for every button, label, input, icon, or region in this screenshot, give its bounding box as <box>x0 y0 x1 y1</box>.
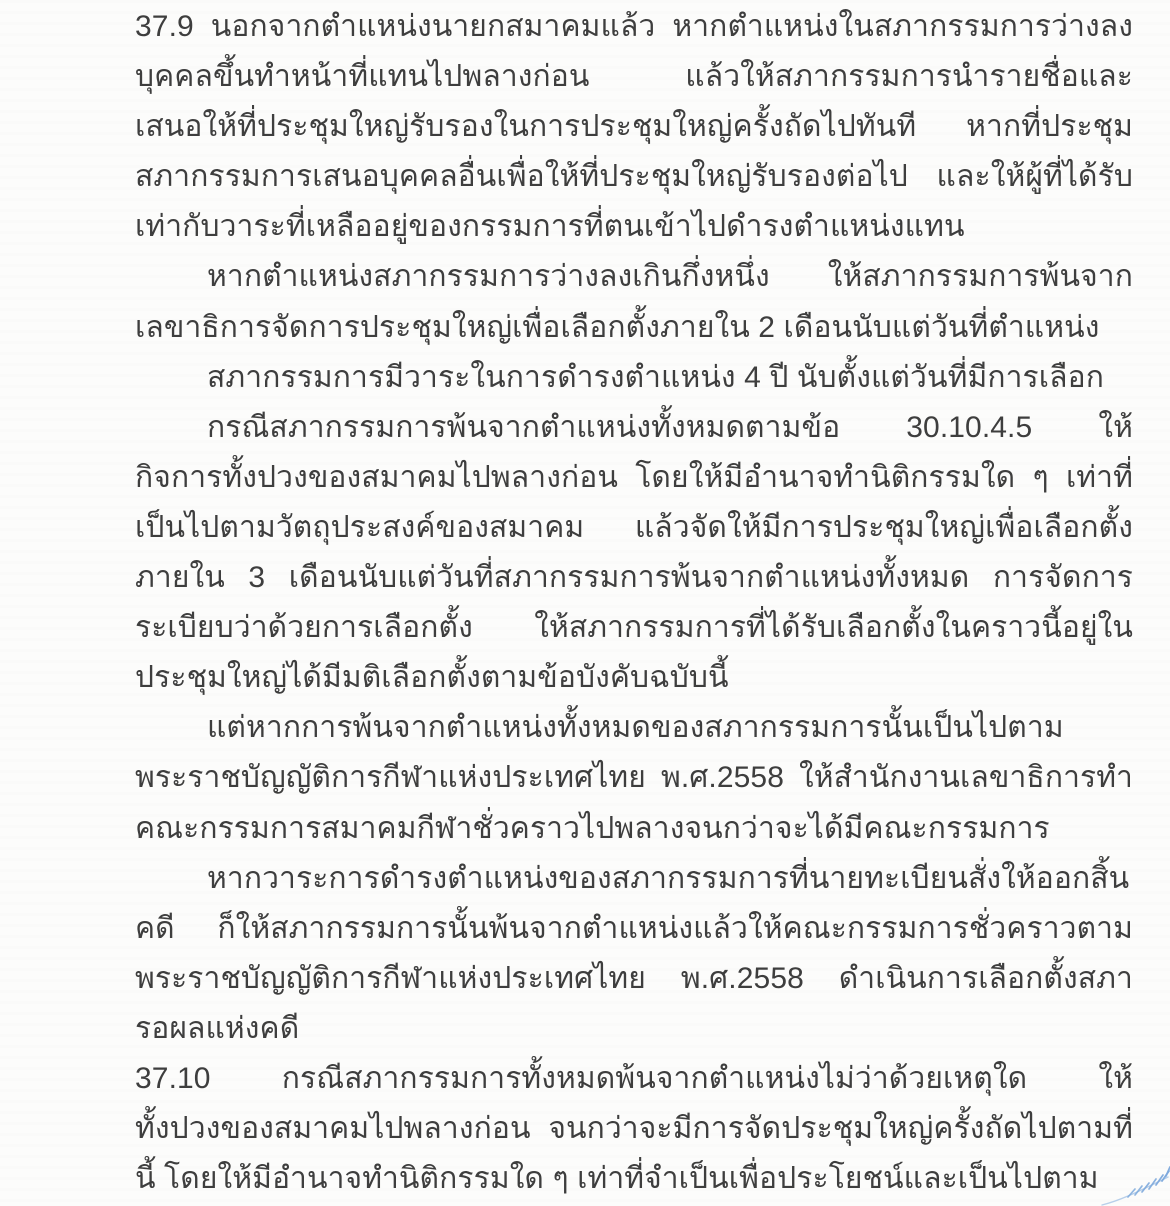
text-line: คดี ก็ให้สภากรรมการนั้นพ้นจากตำแหน่งแล้ว… <box>135 904 1133 954</box>
text-line: ระเบียบว่าด้วยการเลือกตั้ง ให้สภากรรมการ… <box>135 603 1133 653</box>
text-line: เลขาธิการจัดการประชุมใหญ่เพื่อเลือกตั้งภ… <box>135 303 1133 353</box>
text-line: รอผลแห่งคดี <box>135 1004 1133 1054</box>
text-line: หากตำแหน่งสภากรรมการว่างลงเกินกึ่งหนึ่ง … <box>135 252 1133 302</box>
text-line: สภากรรมการมีวาระในการดำรงตำแหน่ง 4 ปี นั… <box>135 353 1133 403</box>
text-line: สภากรรมการเสนอบุคคลอื่นเพื่อให้ที่ประชุม… <box>135 152 1133 202</box>
text-line: พระราชบัญญัติการกีฬาแห่งประเทศไทย พ.ศ.25… <box>135 954 1133 1004</box>
document-text-body: 37.9 นอกจากตำแหน่งนายกสมาคมแล้ว หากตำแหน… <box>135 2 1133 1204</box>
text-line: หากวาระการดำรงตำแหน่งของสภากรรมการที่นาย… <box>135 854 1133 904</box>
text-line: 37.10 กรณีสภากรรมการทั้งหมดพ้นจากตำแหน่ง… <box>135 1054 1133 1104</box>
text-line: คณะกรรมการสมาคมกีฬาชั่วคราวไปพลางจนกว่าจ… <box>135 804 1133 854</box>
text-line: เสนอให้ที่ประชุมใหญ่รับรองในการประชุมใหญ… <box>135 102 1133 152</box>
text-line: บุคคลขึ้นทำหน้าที่แทนไปพลางก่อน แล้วให้ส… <box>135 52 1133 102</box>
text-line: เท่ากับวาระที่เหลืออยู่ของกรรมการที่ตนเข… <box>135 202 1133 252</box>
text-line: แต่หากการพ้นจากตำแหน่งทั้งหมดของสภากรรมก… <box>135 703 1133 753</box>
text-line: กิจการทั้งปวงของสมาคมไปพลางก่อน โดยให้มี… <box>135 453 1133 503</box>
text-line: ประชุมใหญ่ได้มีมติเลือกตั้งตามข้อบังคับฉ… <box>135 653 1133 703</box>
text-line: ภายใน 3 เดือนนับแต่วันที่สภากรรมการพ้นจา… <box>135 553 1133 603</box>
text-line: พระราชบัญญัติการกีฬาแห่งประเทศไทย พ.ศ.25… <box>135 753 1133 803</box>
text-line: กรณีสภากรรมการพ้นจากตำแหน่งทั้งหมดตามข้อ… <box>135 403 1133 453</box>
text-line: ทั้งปวงของสมาคมไปพลางก่อน จนกว่าจะมีการจ… <box>135 1104 1133 1154</box>
text-line: เป็นไปตามวัตถุประสงค์ของสมาคม แล้วจัดให้… <box>135 503 1133 553</box>
text-line: 37.9 นอกจากตำแหน่งนายกสมาคมแล้ว หากตำแหน… <box>135 2 1133 52</box>
text-line: นี้ โดยให้มีอำนาจทำนิติกรรมใด ๆ เท่าที่จ… <box>135 1154 1133 1204</box>
document-page: 37.9 นอกจากตำแหน่งนายกสมาคมแล้ว หากตำแหน… <box>0 0 1170 1206</box>
